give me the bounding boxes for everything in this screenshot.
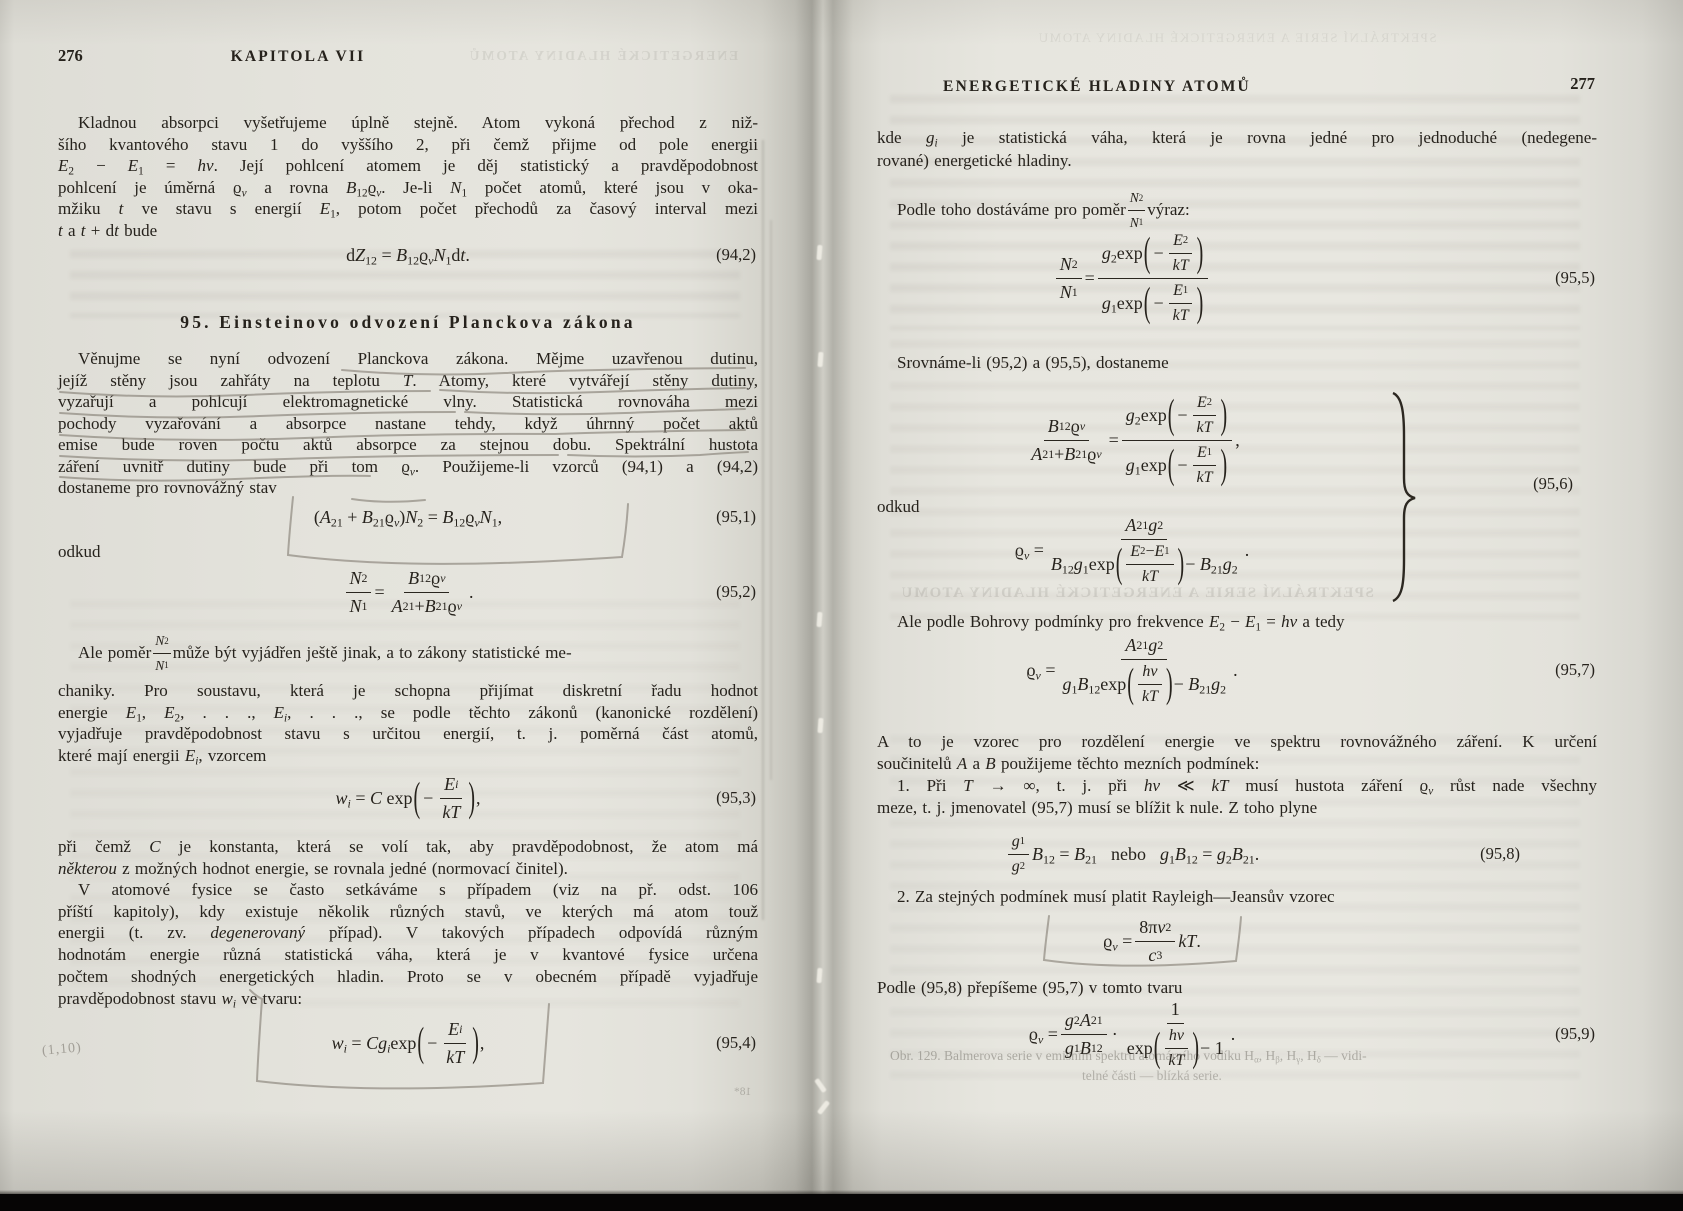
denominator: kT — [438, 799, 464, 823]
text-line: pohlcení je úměrná ϱν a rovna B12ϱν. Je-… — [58, 177, 758, 199]
math-text: dZ12 = B12ϱνN1dt. — [346, 245, 470, 266]
numerator: N2 — [346, 568, 372, 593]
paragraph: A to je vzorec pro rozdělení energie ve … — [877, 731, 1597, 819]
denominator: kT — [1169, 254, 1193, 275]
ghost-caption: telné části — blízká serie. — [1082, 1068, 1222, 1084]
binding-stitch — [816, 245, 822, 260]
equation-body: B12ϱν A21 + B21ϱν = g2exp ( − E2 kT — [1024, 394, 1239, 487]
bottom-scan-edge — [0, 1194, 1683, 1211]
math-text: g1B12exp — [1062, 674, 1126, 695]
big-paren-left: ( — [1144, 233, 1151, 274]
equation-body: ϱν = 8πν2 c3 kT. — [1103, 917, 1201, 966]
minus-sign: − — [1153, 243, 1163, 264]
equation-number: (95,3) — [716, 788, 756, 808]
paragraph: Kladnou absorpci vyšetřujeme úplně stejn… — [58, 112, 758, 242]
big-paren-right: ) — [1221, 395, 1228, 436]
paragraph-frac-line: Ale poměr N2 N1 může být vyjádřen ještě … — [58, 630, 758, 676]
ghost-caption: Obr. 129. Balmerova serie v emisním spek… — [890, 1048, 1367, 1064]
numerator: 8πν2 — [1135, 917, 1175, 942]
text-line: hodnotám energie různá statistická váha,… — [58, 944, 758, 966]
text-line: které mají energii Ei, vzorcem — [58, 745, 758, 767]
punctuation: . — [469, 582, 474, 603]
section-heading: 95. Einsteinovo odvození Planckova zákon… — [58, 312, 758, 333]
right-page: SPEKTRÁLNÍ SERIE A ENERGETICKÉ HLADINY A… — [877, 0, 1597, 1194]
text-fragment: Ale poměr — [58, 642, 151, 664]
inner-fraction: E2 kT — [1169, 232, 1193, 275]
math-text: B12 = B21 — [1032, 844, 1097, 865]
denominator: kT — [1138, 565, 1162, 586]
math-text: kT. — [1178, 931, 1201, 952]
numerator: g2exp ( − E2 kT ) — [1122, 394, 1232, 441]
equation-95-1: (A21 + B21ϱν)N2 = B12ϱνN1, (95,1) — [58, 502, 758, 532]
fraction: Ei kT — [438, 774, 464, 823]
paper-spread: 276 KAPITOLA VII ENERGETICKÉ HLADINY ATO… — [0, 0, 1683, 1194]
binding-stitch — [814, 1078, 827, 1093]
equation-95-3: wi = C exp ( − Ei kT ) , (95,3) — [58, 770, 758, 826]
denominator: g2 — [1008, 855, 1029, 876]
numerator: g1 — [1008, 833, 1029, 855]
ghost-signature: 18* — [734, 1086, 751, 1098]
math-text: ϱν = — [1026, 660, 1055, 681]
equation-body: ϱν = A21g2 B12g1exp ( E2 − E1 kT ) − B21… — [1015, 515, 1249, 586]
text-line: chaniky. Pro soustavu, která je schopna … — [58, 680, 758, 702]
text-fragment: může být vyjádřen ještě jinak, a to záko… — [173, 642, 572, 664]
inner-fraction: E2 − E1 kT — [1126, 543, 1173, 586]
text-line: energie E1, E2, . . ., Ei, . . ., se pod… — [58, 702, 758, 724]
page-crease — [762, 140, 764, 920]
text-line: rované) energetické hladiny. — [877, 149, 1597, 172]
page-number: 276 — [58, 46, 83, 66]
equation-95-5: N2 N1 = g2exp ( − E2 kT ) — [877, 232, 1597, 324]
numerator: N2 — [1056, 254, 1082, 279]
fraction: B12ϱν A21 + B21ϱν — [388, 568, 466, 617]
page-number: 277 — [1570, 74, 1595, 94]
outer-fraction: g2exp ( − E2 kT ) g1exp ( − — [1122, 394, 1232, 487]
text-line: šího kvantového stavu 1 do vyššího 2, př… — [58, 134, 758, 156]
minus-sign: − — [423, 788, 433, 809]
denominator: g1B12exp ( hν kT ) − B21g2 — [1058, 660, 1230, 706]
math-text: ϱν = — [1103, 931, 1132, 952]
equation-number: (95,5) — [1555, 268, 1595, 288]
numerator: N2 — [153, 630, 170, 654]
punctuation: , — [476, 788, 481, 809]
text-line: příští kapitoly), kdy existuje několik r… — [58, 901, 758, 923]
denominator: kT — [1193, 466, 1217, 487]
denominator: g1exp ( − E1 kT ) — [1122, 441, 1232, 487]
equals-sign: = — [1109, 430, 1119, 451]
denominator: N1 — [346, 593, 372, 617]
equation-number: (95,8) — [1480, 844, 1520, 864]
paragraph: kde gi je statistická váha, která je rov… — [877, 126, 1597, 172]
math-text: (A21 + B21ϱν)N2 = B12ϱνN1, — [314, 507, 502, 528]
inline-fraction: N2 N1 — [1128, 187, 1145, 233]
big-paren-right: ) — [1178, 544, 1185, 585]
text-word: nebo — [1111, 844, 1146, 865]
numerator: E2 — [1169, 232, 1192, 254]
paragraph-frac-line: Podle toho dostáváme pro poměr N2 N1 výr… — [877, 190, 1597, 230]
numerator: A21g2 — [1121, 515, 1167, 540]
punctuation: , — [480, 1033, 485, 1054]
text-line: součinitelů A a B použijeme těchto mezní… — [877, 753, 1597, 775]
denominator: A21 + B21ϱν — [388, 593, 466, 617]
text-fragment: výraz: — [1147, 199, 1189, 221]
fraction: A21g2 g1B12exp ( hν kT ) − B21g2 — [1058, 635, 1230, 706]
equation-94-2: dZ12 = B12ϱνN1dt. (94,2) — [58, 238, 758, 272]
equation-95-2: N2 N1 = B12ϱν A21 + B21ϱν . (95,2) — [58, 562, 758, 622]
big-paren-right: ) — [1221, 445, 1228, 486]
inner-fraction: E2 kT — [1193, 394, 1217, 437]
math-text: − B21g2 — [1185, 554, 1237, 575]
big-paren-right: ) — [1197, 233, 1204, 274]
minus-sign: − — [427, 1033, 437, 1054]
binding-stitch — [816, 612, 822, 627]
numerator: g2exp ( − E2 kT ) — [1098, 232, 1208, 279]
text-line: záření uvnitř dutiny bude při tom ϱν. Po… — [58, 456, 758, 478]
equation-body: wi = Cgiexp ( − Ei kT ) , — [332, 1019, 485, 1068]
numerator: A21g2 — [1121, 635, 1167, 660]
big-paren-left: ( — [414, 778, 421, 819]
equation-body: g1 g2 B12 = B21 nebo g1B12 = g2B21. — [1005, 833, 1259, 876]
text-line: při čemž C je konstanta, která se volí t… — [58, 836, 758, 858]
text-line: pochody vyzařování a absorpce nastane te… — [58, 413, 758, 435]
punctuation: . — [1231, 1024, 1236, 1045]
math-text: ϱν = — [1029, 1024, 1058, 1045]
equation-number: (95,9) — [1555, 1024, 1595, 1044]
text-line: 2. Za stejných podmínek musí platit Rayl… — [877, 886, 1597, 908]
paragraph: Věnujme se nyní odvození Planckova zákon… — [58, 348, 758, 499]
equation-number: (95,4) — [716, 1033, 756, 1053]
inner-fraction: E1 kT — [1169, 282, 1193, 325]
fraction: B12ϱν A21 + B21ϱν — [1027, 416, 1105, 465]
equation-body: N2 N1 = B12ϱν A21 + B21ϱν . — [343, 568, 474, 617]
text-line: některou z možných hodnot energie, se ro… — [58, 858, 758, 880]
math-text: g1B12 = g2B21. — [1160, 844, 1259, 865]
fraction: A21g2 B12g1exp ( E2 − E1 kT ) − B21g2 — [1047, 515, 1242, 586]
denominator: N1 — [1056, 279, 1082, 303]
numerator: E2 − E1 — [1126, 543, 1173, 565]
minus-sign: − — [1177, 455, 1187, 476]
binding-stitch — [817, 352, 823, 367]
cdot: · — [1112, 1024, 1118, 1045]
ghost-text: ENERGETICKÉ HLADINY ATOMŮ — [438, 48, 768, 64]
equation-number: (95,2) — [716, 582, 756, 602]
big-paren-left: ( — [1168, 395, 1175, 436]
text-line: Věnujme se nyní odvození Planckova zákon… — [58, 348, 758, 370]
math-text: B12g1exp — [1051, 554, 1115, 575]
text-line: vyzařují a pohlcují elektromagnetické vl… — [58, 391, 758, 413]
text-line: E2 − E1 = hν. Její pohlcení atomem je dě… — [58, 155, 758, 177]
fraction: 8πν2 c3 — [1135, 917, 1175, 966]
left-page: 276 KAPITOLA VII ENERGETICKÉ HLADINY ATO… — [58, 0, 758, 1194]
math-text: g2exp — [1126, 405, 1167, 426]
equation-body: (A21 + B21ϱν)N2 = B12ϱνN1, — [314, 507, 502, 528]
equation-95-6b: ϱν = A21g2 B12g1exp ( E2 − E1 kT ) − B21… — [877, 508, 1597, 592]
math-text: wi = C exp — [336, 788, 413, 809]
punctuation: . — [1245, 540, 1250, 561]
equation-number: (95,1) — [716, 507, 756, 527]
denominator: kT — [1169, 304, 1193, 325]
equation-95-6a: B12ϱν A21 + B21ϱν = g2exp ( − E2 kT — [877, 394, 1597, 486]
text-line: A to je vzorec pro rozdělení energie ve … — [877, 731, 1597, 753]
text-fragment: Podle toho dostáváme pro poměr — [877, 199, 1126, 221]
denominator: c3 — [1144, 942, 1166, 966]
text-line: Srovnáme-li (95,2) a (95,5), dostaneme — [877, 352, 1597, 374]
numerator: B12ϱν — [404, 568, 449, 593]
inline-fraction: N2 N1 — [153, 630, 170, 676]
math-text: g1exp — [1126, 455, 1167, 476]
equation-number: (94,2) — [716, 245, 756, 265]
equals-sign: = — [1085, 268, 1095, 289]
numerator: N2 — [1128, 187, 1145, 211]
text-line: pravděpodobnost stavu wi ve tvaru: — [58, 988, 758, 1010]
numerator: g2A21 — [1061, 1010, 1107, 1035]
text-line: emise bude roven počtu aktů absorpce za … — [58, 434, 758, 456]
denominator: g1exp ( − E1 kT ) — [1098, 279, 1208, 325]
equation-number: (95,6) — [1533, 474, 1573, 494]
equation-body: wi = C exp ( − Ei kT ) , — [336, 774, 481, 823]
text-line: vyjadřuje pravděpodobnost stavu s určito… — [58, 723, 758, 745]
big-paren-left: ( — [1144, 283, 1151, 324]
equation-body: ϱν = A21g2 g1B12exp ( hν kT ) − B21g2 — [1026, 635, 1237, 706]
minus-sign: − — [1177, 405, 1187, 426]
math-text: g2exp — [1102, 243, 1143, 264]
text-line: počtem shodných energetických hladin. Pr… — [58, 966, 758, 988]
text-line: Kladnou absorpci vyšetřujeme úplně stejn… — [58, 112, 758, 134]
minus-sign: − — [1153, 293, 1163, 314]
math-text: − B21g2 — [1174, 674, 1226, 695]
equals-sign: = — [374, 582, 384, 603]
math-text: wi = Cgiexp — [332, 1033, 417, 1054]
numerator: E1 — [1169, 282, 1192, 304]
text-line: jejíž stěny jsou zahřáty na teplotu T. A… — [58, 370, 758, 392]
binding-stitch — [817, 718, 823, 733]
paragraph: V atomové fysice se často setkáváme s př… — [58, 879, 758, 1009]
outer-fraction: g2exp ( − E2 kT ) g1exp ( − — [1098, 232, 1208, 325]
equation-95-8: g1 g2 B12 = B21 nebo g1B12 = g2B21. (95,… — [877, 833, 1597, 875]
denominator: B12g1exp ( E2 − E1 kT ) − B21g2 — [1047, 540, 1242, 586]
paragraph: při čemž C je konstanta, která se volí t… — [58, 836, 758, 879]
text-line: 1. Při T → ∞, t. j. při hν ≪ kT musí hus… — [877, 775, 1597, 797]
text-line: meze, t. j. jmenovatel (95,7) musí se bl… — [877, 797, 1597, 819]
equation-number: (95,7) — [1555, 660, 1595, 680]
big-paren-left: ( — [417, 1023, 424, 1064]
punctuation: , — [1235, 430, 1240, 451]
running-head: ENERGETICKÉ HLADINY ATOMŮ — [937, 78, 1257, 96]
denominator: kT — [442, 1044, 468, 1068]
big-paren-right: ) — [468, 778, 475, 819]
math-text: ϱν = — [1015, 540, 1044, 561]
equation-body: N2 N1 = g2exp ( − E2 kT ) — [1053, 232, 1212, 325]
binding-stitch — [816, 968, 822, 983]
denominator: N1 — [1128, 211, 1145, 234]
page-crease — [770, 220, 772, 780]
equation-body: dZ12 = B12ϱνN1dt. — [346, 245, 470, 266]
fraction: N2 N1 — [1056, 254, 1082, 303]
inner-fraction: E1 kT — [1193, 444, 1217, 487]
denominator: kT — [1138, 685, 1162, 706]
big-paren-left: ( — [1116, 544, 1123, 585]
fraction: g1 g2 — [1008, 833, 1029, 876]
big-paren-right: ) — [1197, 283, 1204, 324]
numerator: hν — [1138, 663, 1161, 685]
punctuation: . — [1233, 660, 1238, 681]
numerator: B12ϱν — [1044, 416, 1089, 441]
numerator: Ei — [440, 774, 462, 799]
equation-95-7: ϱν = A21g2 g1B12exp ( hν kT ) − B21g2 — [877, 628, 1597, 712]
numerator: hν — [1165, 1027, 1188, 1049]
big-paren-right: ) — [1166, 664, 1173, 705]
big-paren-left: ( — [1168, 445, 1175, 486]
fraction: N2 N1 — [346, 568, 372, 617]
numerator: E1 — [1193, 444, 1216, 466]
denominator: kT — [1193, 416, 1217, 437]
book-scan: 276 KAPITOLA VII ENERGETICKÉ HLADINY ATO… — [0, 0, 1683, 1211]
inner-fraction: hν kT — [1138, 663, 1162, 706]
fraction: Ei kT — [442, 1019, 468, 1068]
text-line: V atomové fysice se často setkáváme s př… — [58, 879, 758, 901]
text-line: kde gi je statistická váha, která je rov… — [877, 126, 1597, 149]
text-line: mžiku t ve stavu s energií E1, potom poč… — [58, 198, 758, 220]
numerator: 1 — [1167, 999, 1184, 1024]
binding-stitch — [817, 1100, 830, 1115]
running-head: KAPITOLA VII — [178, 48, 418, 66]
paragraph: chaniky. Pro soustavu, která je schopna … — [58, 680, 758, 766]
connector-word: odkud — [58, 541, 758, 563]
ghost-text: SPEKTRÁLNÍ SERIE A ENERGETICKÉ HLADINY A… — [917, 30, 1557, 46]
numerator: E2 — [1193, 394, 1216, 416]
text-line: energii (t. zv. degenerovaný případ). V … — [58, 922, 758, 944]
big-paren-right: ) — [472, 1023, 479, 1064]
equation-rayleigh-jeans: ϱν = 8πν2 c3 kT. — [877, 918, 1597, 964]
numerator: Ei — [444, 1019, 466, 1044]
big-paren-left: ( — [1127, 664, 1134, 705]
equation-95-4: wi = Cgiexp ( − Ei kT ) , (95,4) — [58, 1015, 758, 1071]
denominator: N1 — [153, 654, 170, 677]
denominator: A21 + B21ϱν — [1027, 441, 1105, 465]
math-text: g1exp — [1102, 293, 1143, 314]
text-line: dostaneme pro rovnovážný stav — [58, 477, 758, 499]
ghost-text: SPEKTRÁLNÍ SERIE A ENERGETICKÉ HLADINY A… — [877, 585, 1397, 602]
